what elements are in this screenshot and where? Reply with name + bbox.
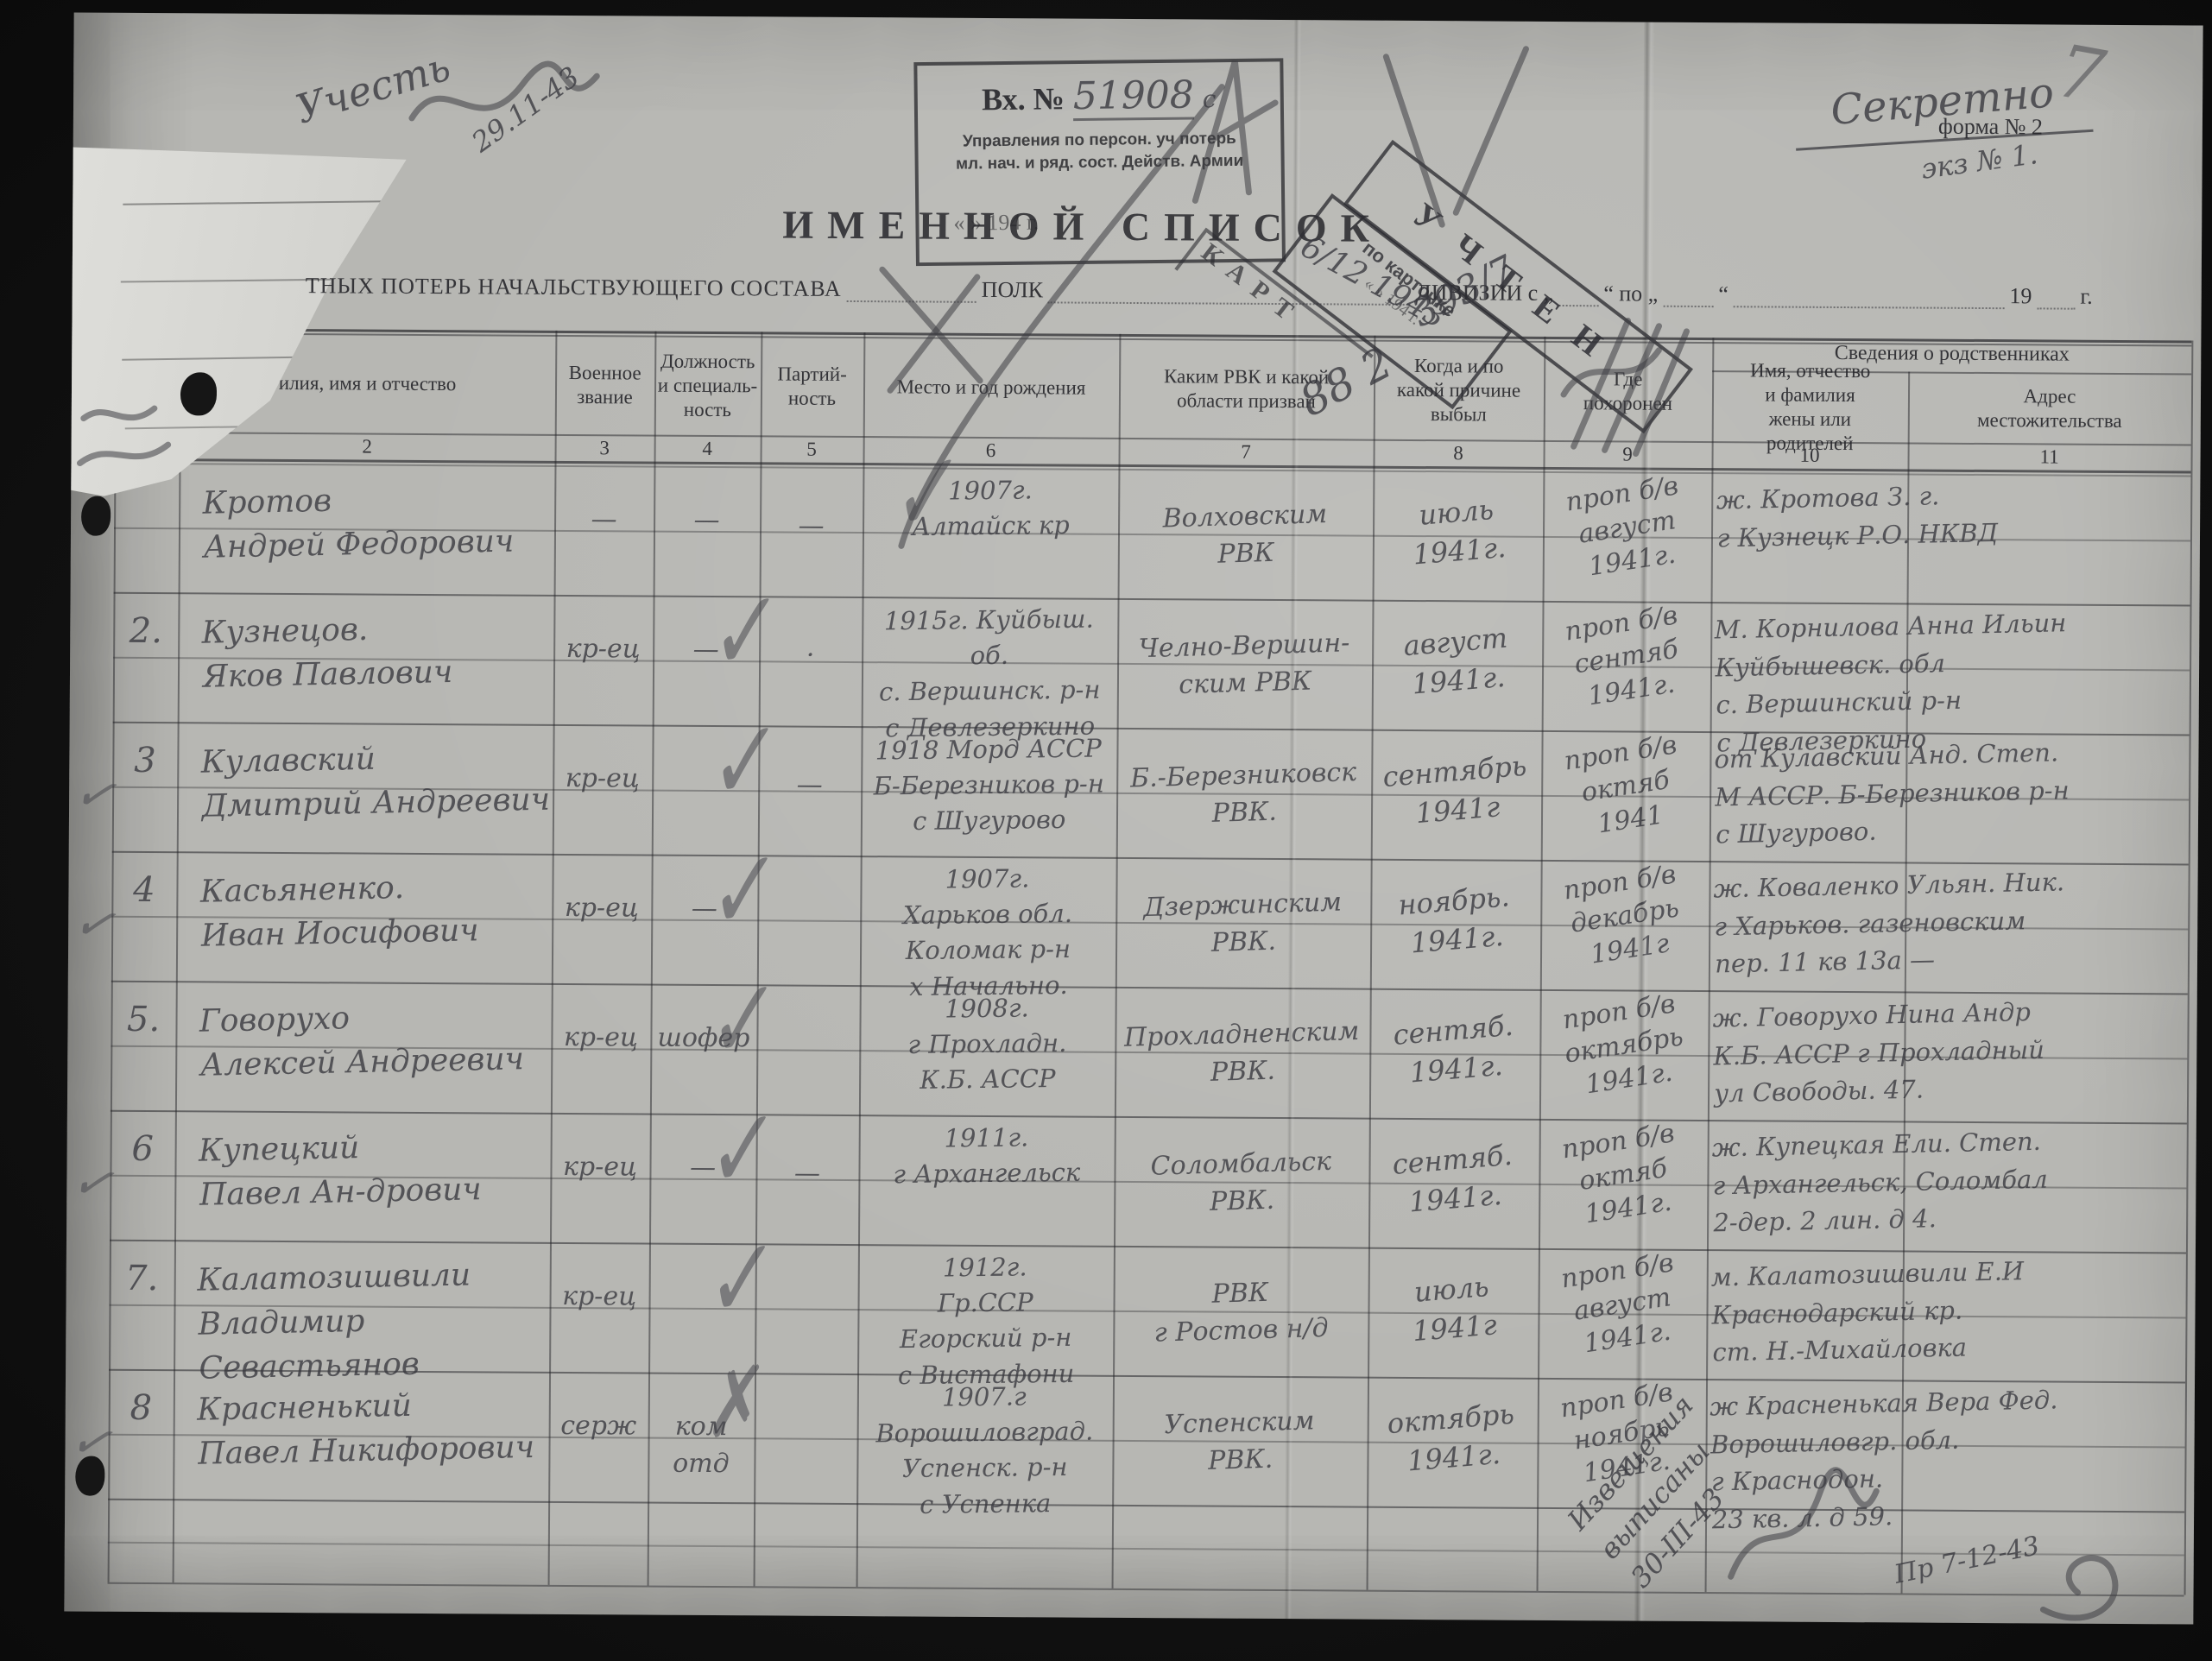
row7-relatives: м. Калатозишвили Е.И Краснодарский кр. с… <box>1710 1249 2197 1372</box>
row5-number: 5. <box>111 1000 175 1039</box>
row5-pencil-mark: ✓ <box>695 956 780 1084</box>
row6-fate: проп б/в октяб 1941г. <box>1533 1112 1714 1237</box>
column-number-4: 4 <box>654 438 761 461</box>
row3-rvk: Б.-Березниковск РВК. <box>1115 755 1372 836</box>
column-number-2: 2 <box>180 434 555 459</box>
row5-rank: кр-ец <box>551 1020 650 1057</box>
table-rule-vertical <box>173 328 182 1582</box>
stamp-incoming-number: 51908 <box>1073 73 1195 122</box>
row1-rvk: Волховским РВК <box>1117 496 1374 577</box>
row5-relatives: ж. Говорухо Нина Андр К.Б. АССР г Прохла… <box>1712 990 2199 1113</box>
row8-rvk: Успенским РВК. <box>1111 1402 1368 1483</box>
row7-fate: проп б/в август 1941г. <box>1532 1241 1713 1367</box>
column-header-5: Партий- ность <box>763 337 862 436</box>
row6-name: Купецкий Павел Ан-дрович <box>199 1122 552 1217</box>
row4-rank: кр-ец <box>552 890 651 927</box>
form-number-label: форма № 2 <box>1938 114 2043 141</box>
row1-party: — <box>760 508 863 545</box>
row4-fate: проп б/в декабрь 1941г <box>1534 853 1716 978</box>
table-rule-horizontal <box>108 1542 2184 1556</box>
row3-birthplace: 1918 Морд АССР Б-Березников р-н с Шугуро… <box>861 730 1117 840</box>
row4-name: Касьяненко. Иван Иосифович <box>199 863 553 958</box>
row3-pencil-mark: ✓ <box>696 697 781 825</box>
subtitle-polk: ПОЛК <box>982 277 1043 303</box>
row3-relatives: от Кулавский Анд. Степ. М АССР. Б-Березн… <box>1714 731 2201 854</box>
row1-rank: — <box>554 502 654 539</box>
fill-in-line <box>847 283 976 303</box>
row6-birthplace: 1911г. г Архангельск <box>858 1119 1115 1193</box>
row1-name: Кротов Андрей Федорович <box>202 475 555 570</box>
row2-pencil-mark: ✓ <box>697 567 781 696</box>
subtitle-year: 19 <box>2009 283 2032 309</box>
patch-tear-hole <box>180 372 217 415</box>
row2-number: 2. <box>113 611 178 651</box>
document-page: Сведения о родственникахилия, имя и отче… <box>64 12 2203 1624</box>
row7-pencil-mark: ✓ <box>693 1215 778 1343</box>
row5-departure-date: сентяб. 1941г. <box>1367 1004 1543 1096</box>
column-number-7: 7 <box>1119 440 1374 464</box>
row7-number: 7. <box>110 1259 174 1298</box>
table-rule-horizontal <box>110 1240 2186 1254</box>
column-header-6: Место и год рождения <box>866 338 1117 438</box>
row5-birthplace: 1908г. г Прохладн. К.Б. АССР <box>859 989 1115 1099</box>
column-header-3: Военное звание <box>558 336 653 435</box>
table-rule-horizontal <box>111 981 2188 995</box>
column-header-11: Адрес местожительства <box>1911 373 2189 444</box>
row8-name: Красненький Павел Никифорович <box>197 1381 550 1476</box>
row7-departure-date: июль 1941г <box>1365 1263 1541 1355</box>
table-rule-horizontal <box>112 851 2189 866</box>
column-number-3: 3 <box>555 437 654 460</box>
row4-departure-date: ноябрь. 1941г. <box>1368 875 1544 967</box>
row4-relatives: ж. Коваленко Ульян. Ник. г Харьков. газе… <box>1713 861 2200 983</box>
row8-departure-date: октябрь 1941г. <box>1364 1393 1540 1485</box>
row1-departure-date: июль 1941г. <box>1370 486 1546 578</box>
row5-fate: проп б/в октябрь 1941г. <box>1533 982 1715 1108</box>
punch-hole <box>81 496 111 536</box>
row4-birthplace: 1907г. Харьков обл. Коломак р-н х Началь… <box>859 860 1116 1005</box>
stamp-vh-label: Вх. № <box>982 80 1065 117</box>
row2-rank: кр-ец <box>553 631 653 668</box>
stamp-org-line2: мл. нач. и ряд. сост. Действ. Армии <box>919 151 1281 174</box>
subtitle-po: “ по „ <box>1603 281 1658 306</box>
fill-in-line <box>2037 290 2075 309</box>
row5-name: Говорухо Алексей Андреевич <box>199 993 552 1088</box>
row1-fate: проп б/в август 1941г. <box>1536 464 1717 590</box>
subtitle-left: ТНЫХ ПОТЕРЬ НАЧАЛЬСТВУЮЩЕГО СОСТАВА <box>306 273 842 302</box>
row6-rank: кр-ец <box>550 1149 649 1186</box>
row8-number: 8 <box>109 1388 174 1428</box>
column-number-8: 8 <box>1374 442 1544 465</box>
row6-rvk: Соломбальск РВК. <box>1113 1143 1369 1224</box>
row3-name: Кулавский Дмитрий Андреевич <box>200 734 553 829</box>
row3-departure-date: сентябрь 1941г <box>1368 745 1545 837</box>
column-number-11: 11 <box>1908 445 2191 469</box>
row8-pencil-mark: ✗ <box>693 1347 768 1460</box>
column-header-10: Имя, отчество и фамилия жены или родител… <box>1715 372 1905 442</box>
row4-rvk: Дзержинским РВК. <box>1115 884 1371 965</box>
row2-fate: проп б/в сентяб 1941г. <box>1535 594 1716 719</box>
row7-rank: кр-ец <box>549 1279 648 1316</box>
row4-number: 4 <box>111 870 176 910</box>
table-rule-horizontal <box>108 1582 2184 1597</box>
row7-name: Калатозишвили Владимир Севастьянов <box>197 1252 551 1391</box>
row7-birthplace: 1912г. Гр.ССР Егорский р-н с Вистафони <box>857 1248 1115 1393</box>
column-number-9: 9 <box>1544 443 1712 466</box>
column-number-10: 10 <box>1712 444 1908 467</box>
fill-in-line <box>1663 288 1713 307</box>
row6-departure-date: сентяб. 1941г. <box>1366 1134 1542 1226</box>
row8-relatives: ж Красненькая Вера Фед. Ворошиловгр. обл… <box>1710 1379 2196 1538</box>
row6-relatives: ж. Купецкая Ели. Степ. г Архангельск, Со… <box>1711 1120 2198 1242</box>
column-header-4: Должность и специаль- ность <box>657 337 759 436</box>
row2-name: Кузнецов. Яков Павлович <box>201 604 554 699</box>
row1-birthplace: 1907г. Алтайск кр <box>863 471 1119 546</box>
row7-rvk: РВК г Ростов н/д <box>1112 1273 1368 1354</box>
row4-pencil-mark: ✓ <box>696 826 781 955</box>
row3-rank: кр-ец <box>553 761 652 798</box>
row3-fate: проп б/в октяб 1941 <box>1535 723 1716 849</box>
column-number-5: 5 <box>761 438 863 461</box>
table-rule-horizontal <box>111 1110 2187 1125</box>
subtitle-close-quote: “ <box>1718 281 1729 307</box>
row6-pencil-mark: ✓ <box>694 1085 779 1214</box>
stamp-org-line1: Управления по персон. уч потерь <box>918 129 1280 152</box>
row5-rvk: Прохладненским РВК. <box>1114 1014 1370 1095</box>
row6-number: 6 <box>110 1129 174 1169</box>
subtitle-year-suffix: г. <box>2080 284 2092 310</box>
row2-rvk: Челно-Вершин- ским РВК <box>1116 625 1373 706</box>
table-rule-horizontal <box>114 592 2190 607</box>
row1-relatives: ж. Кротова З. г. г Кузнецк Р.О. НКВД <box>1716 472 2202 557</box>
row2-departure-date: август 1941г. <box>1369 616 1545 708</box>
row2-birthplace: 1915г. Куйбыш. об. с. Вершинск. р-н с Де… <box>861 601 1118 746</box>
patch-rule-line <box>123 200 408 205</box>
row8-rank: серж <box>549 1408 648 1445</box>
stamp-incoming-number-suffix: с <box>1203 85 1217 113</box>
fill-in-line <box>1734 288 2005 309</box>
row1-duty: — <box>654 502 760 540</box>
row3-number: 3 <box>112 741 177 780</box>
punch-hole <box>75 1456 104 1496</box>
scanned-document: Сведения о родственникахилия, имя и отче… <box>0 0 2212 1661</box>
row8-birthplace: 1907.г Ворошиловград. Успенск. р-н с Усп… <box>856 1378 1114 1523</box>
